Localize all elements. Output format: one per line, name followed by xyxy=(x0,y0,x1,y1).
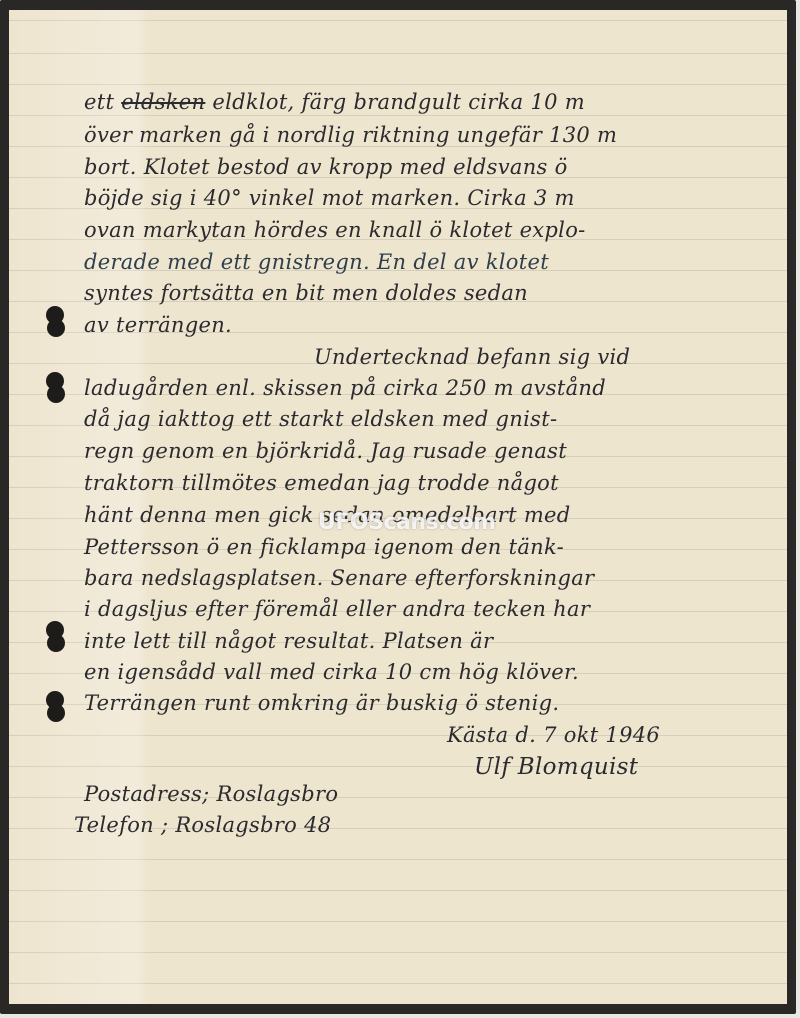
text-line-5: ovan markytan hördes en knall ö klotet e… xyxy=(84,218,586,242)
text-line-13: traktorn tillmötes emedan jag trodde någ… xyxy=(84,471,559,495)
word-ett: ett xyxy=(84,90,114,114)
text-line-1: ett eldsken eldklot, färg brandgult cirk… xyxy=(84,90,585,114)
punch-hole-icon xyxy=(46,372,64,404)
text-line-3: bort. Klotet bestod av kropp med eldsvan… xyxy=(84,155,568,179)
text-line-19: en igensådd vall med cirka 10 cm hög klö… xyxy=(84,660,579,684)
punch-hole-icon xyxy=(46,691,64,723)
line-rest: eldklot, färg brandgult cirka 10 m xyxy=(212,90,585,114)
phone-number: Telefon ; Roslagsbro 48 xyxy=(74,813,331,837)
text-line-9: Undertecknad befann sig vid xyxy=(314,345,630,369)
signature: Ulf Blomquist xyxy=(474,754,638,780)
text-line-17: i dagsljus efter föremål eller andra tec… xyxy=(84,597,590,621)
text-line-16: bara nedslagsplatsen. Senare efterforskn… xyxy=(84,566,594,590)
letter-page: ett eldsken eldklot, färg brandgult cirk… xyxy=(9,10,787,1004)
watermark: UFOScans.com xyxy=(318,510,496,535)
punch-hole-icon xyxy=(46,621,64,653)
text-line-7: syntes fortsätta en bit men doldes sedan xyxy=(84,281,528,305)
text-line-11: då jag iakttog ett starkt eldsken med gn… xyxy=(84,407,557,431)
struck-word: eldsken xyxy=(121,90,205,114)
punch-hole-icon xyxy=(46,306,64,338)
postal-address: Postadress; Roslagsbro xyxy=(84,782,338,806)
text-line-8: av terrängen. xyxy=(84,313,232,337)
text-line-10: ladugården enl. skissen på cirka 250 m a… xyxy=(84,376,606,400)
text-line-20: Terrängen runt omkring är buskig ö steni… xyxy=(84,691,559,715)
text-line-4: böjde sig i 40° vinkel mot marken. Cirka… xyxy=(84,186,575,210)
text-line-2: över marken gå i nordlig riktning ungefä… xyxy=(84,123,617,147)
text-line-6: derade med ett gnistregn. En del av klot… xyxy=(84,250,549,274)
text-line-15: Pettersson ö en ficklampa igenom den tän… xyxy=(84,535,564,559)
text-line-18: inte lett till något resultat. Platsen ä… xyxy=(84,629,493,653)
dateline: Kästa d. 7 okt 1946 xyxy=(447,723,660,747)
text-line-12: regn genom en björkridå. Jag rusade gena… xyxy=(84,439,567,463)
